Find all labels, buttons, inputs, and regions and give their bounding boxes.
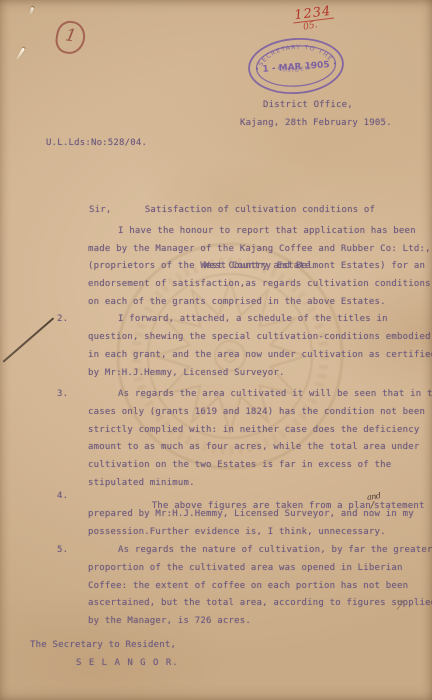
closing-place: S E L A N G O R. — [76, 658, 179, 668]
paragraph-number: 3. — [57, 389, 68, 399]
typed-line: in each grant, and the area now under cu… — [88, 350, 428, 368]
pin-mark — [29, 7, 34, 16]
paragraph-number: 4. — [57, 491, 68, 501]
typed-line: (proprietors of the West Country and Bel… — [88, 261, 428, 279]
typed-line: Coffee: the extent of coffee on each por… — [88, 581, 428, 599]
page-number-circled: 1 — [53, 19, 87, 57]
receipt-stamp: SECRETARY TO THE RESIDENT 1 - MAR 1905 — [244, 33, 348, 100]
typed-line: amount to as much as four acres, while t… — [88, 442, 428, 460]
typed-line: The above figures are taken from a plan/… — [88, 491, 428, 509]
insertion-caret: / — [371, 501, 374, 511]
red-filing-number: 1234 05. — [292, 5, 336, 34]
typed-line: I forward, attached, a schedule of the t… — [88, 314, 428, 332]
paragraph-3: 3. As regards the area cultivated it wil… — [88, 389, 428, 495]
office-line: District Office, — [263, 100, 353, 110]
pin-mark — [16, 47, 25, 59]
paragraph-5: 5. As regards the nature of cultivation,… — [88, 545, 428, 633]
salutation: Sir, — [89, 205, 111, 215]
typed-line: ascertained, but the total area, accordi… — [88, 598, 428, 616]
typed-line: strictly complied with: in neither case … — [88, 425, 428, 443]
typed-line: cases only (grants 1619 and 1824) has th… — [88, 407, 428, 425]
typed-line: As regards the area cultivated it will b… — [88, 389, 428, 407]
closing-addressee: The Secretary to Resident, — [30, 640, 176, 650]
reference-number: U.L.Lds:No:528/04. — [46, 138, 147, 148]
paragraph-4: 4. The above figures are taken from a pl… — [88, 491, 428, 544]
typed-line: I have the honour to report that applica… — [88, 226, 428, 244]
typed-line: question, shewing the special cultivatio… — [88, 332, 428, 350]
typed-line: cultivation on the two Estates is far in… — [88, 460, 428, 478]
date-line: Kajang, 28th February 1905. — [240, 118, 392, 128]
typed-line: endorsement of satisfaction,as regards c… — [88, 279, 428, 297]
typed-line: by Mr:H.J.Hemmy, Licensed Surveyor. — [88, 368, 428, 386]
subject-line-1: Satisfaction of cultivation conditions o… — [110, 201, 410, 220]
typed-line: As regards the nature of cultivation, by… — [88, 545, 428, 563]
typed-line: prepared by Mr:H.J.Hemmy, Licensed Surve… — [88, 509, 428, 527]
typed-line: on each of the grants comprised in the a… — [88, 297, 428, 315]
typed-line: made by the Manager of the Kajang Coffee… — [88, 244, 428, 262]
paragraph-2: 2. I forward, attached, a schedule of th… — [88, 314, 428, 385]
letter-body: I have the honour to report that applica… — [88, 226, 428, 634]
pencil-strike-line — [2, 317, 54, 362]
typed-line: possession.Further evidence is, I think,… — [88, 527, 428, 545]
typed-line: proportion of the cultivated area was op… — [88, 563, 428, 581]
insertion-annotation: /and — [371, 501, 374, 511]
paragraph-number: 2. — [57, 314, 68, 324]
typed-line: by the Manager, is 726 acres. — [88, 616, 428, 634]
paragraph-1: I have the honour to report that applica… — [88, 226, 428, 314]
paragraph-number: 5. — [57, 545, 68, 555]
